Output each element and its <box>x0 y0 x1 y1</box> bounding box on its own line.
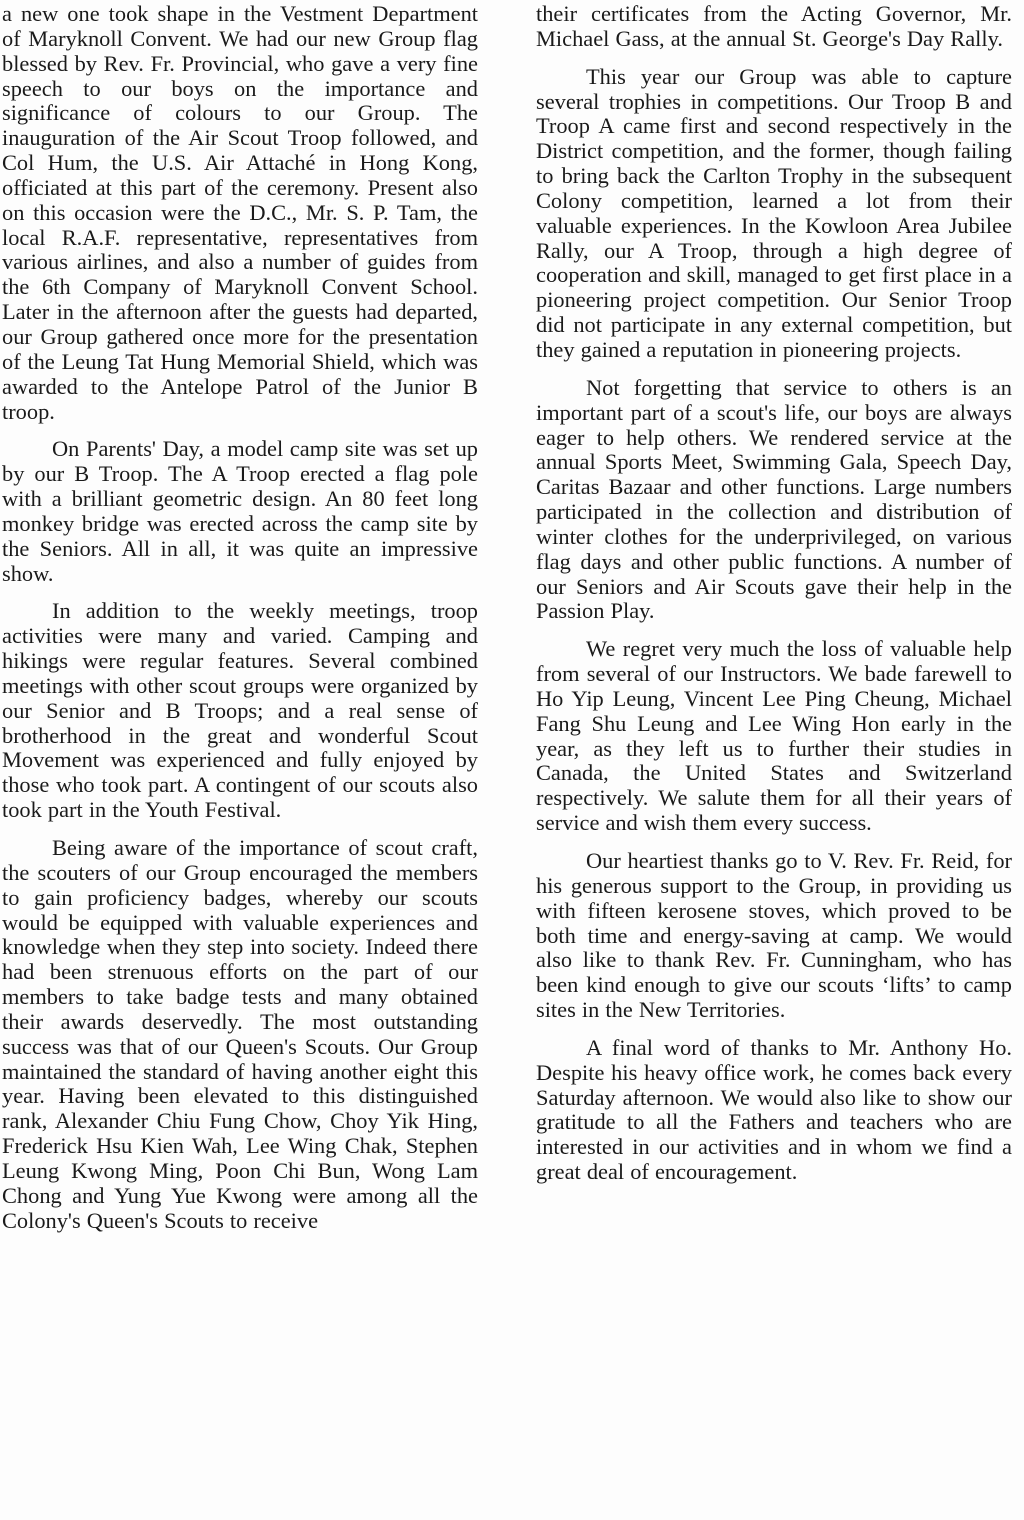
paragraph-parents-day: On Parents' Day, a model camp site was s… <box>2 437 478 586</box>
document-page: a new one took shape in the Vestment Dep… <box>0 0 1024 1520</box>
paragraph-proficiency-badges: Being aware of the importance of scout c… <box>2 836 478 1234</box>
paragraph-trophies: This year our Group was able to capture … <box>536 65 1012 363</box>
left-column: a new one took shape in the Vestment Dep… <box>2 2 478 1247</box>
paragraph-service-to-others: Not forgetting that service to others is… <box>536 376 1012 624</box>
paragraph-final-thanks: A final word of thanks to Mr. Anthony Ho… <box>536 1036 1012 1185</box>
paragraph-thanks-fr-reid: Our heartiest thanks go to V. Rev. Fr. R… <box>536 849 1012 1023</box>
right-column: their certificates from the Acting Gover… <box>536 2 1012 1198</box>
paragraph-troop-activities: In addition to the weekly meetings, troo… <box>2 599 478 823</box>
paragraph-instructors-farewell: We regret very much the loss of valuable… <box>536 637 1012 836</box>
paragraph-vestment-flag-ceremony: a new one took shape in the Vestment Dep… <box>2 2 478 424</box>
paragraph-certificates: their certificates from the Acting Gover… <box>536 2 1012 52</box>
